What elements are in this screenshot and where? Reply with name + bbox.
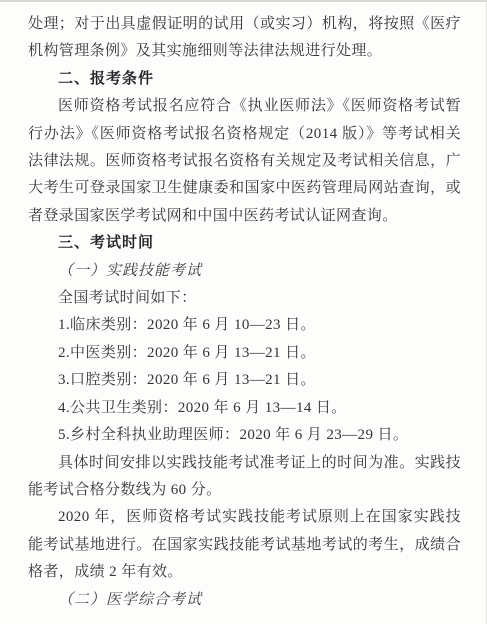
list-item-clinical-category: 1.临床类别：2020 年 6 月 10—23 日。 — [28, 312, 461, 339]
section-heading-exam-time: 三、考试时间 — [28, 230, 461, 257]
paragraph-national-exam-schedule-intro: 全国考试时间如下： — [28, 285, 461, 312]
paragraph-registration-regulations: 医师资格考试报名应符合《执业医师法》《医师资格考试暂行办法》《医师资格考试报名资… — [28, 93, 461, 230]
section-heading-registration-conditions: 二、报考条件 — [28, 66, 461, 93]
document-text-column: 处理；对于出具虚假证明的试用（或实习）机构，将按照《医疗机构管理条例》及其实施细… — [28, 11, 461, 614]
document-page: 处理；对于出具虚假证明的试用（或实习）机构，将按照《医疗机构管理条例》及其实施细… — [0, 0, 487, 624]
list-item-tcm-category: 2.中医类别：2020 年 6 月 13—21 日。 — [28, 340, 461, 367]
list-item-rural-assistant-physician: 5.乡村全科执业助理医师：2020 年 6 月 23—29 日。 — [28, 422, 461, 449]
list-item-stomatology-category: 3.口腔类别：2020 年 6 月 13—21 日。 — [28, 367, 461, 394]
list-item-public-health-category: 4.公共卫生类别：2020 年 6 月 13—14 日。 — [28, 395, 461, 422]
subsection-heading-medical-comprehensive-exam: （二）医学综合考试 — [28, 587, 461, 614]
subsection-heading-practical-skills-exam: （一）实践技能考试 — [28, 258, 461, 285]
paragraph-schedule-and-passing-score: 具体时间安排以实践技能考试准考证上的时间为准。实践技能考试合格分数线为 60 分… — [28, 450, 461, 505]
paragraph-national-exam-base-validity: 2020 年，医师资格考试实践技能考试原则上在国家实践技能考试基地进行。在国家实… — [28, 504, 461, 586]
paragraph-continuation-penalty: 处理；对于出具虚假证明的试用（或实习）机构，将按照《医疗机构管理条例》及其实施细… — [28, 11, 461, 66]
